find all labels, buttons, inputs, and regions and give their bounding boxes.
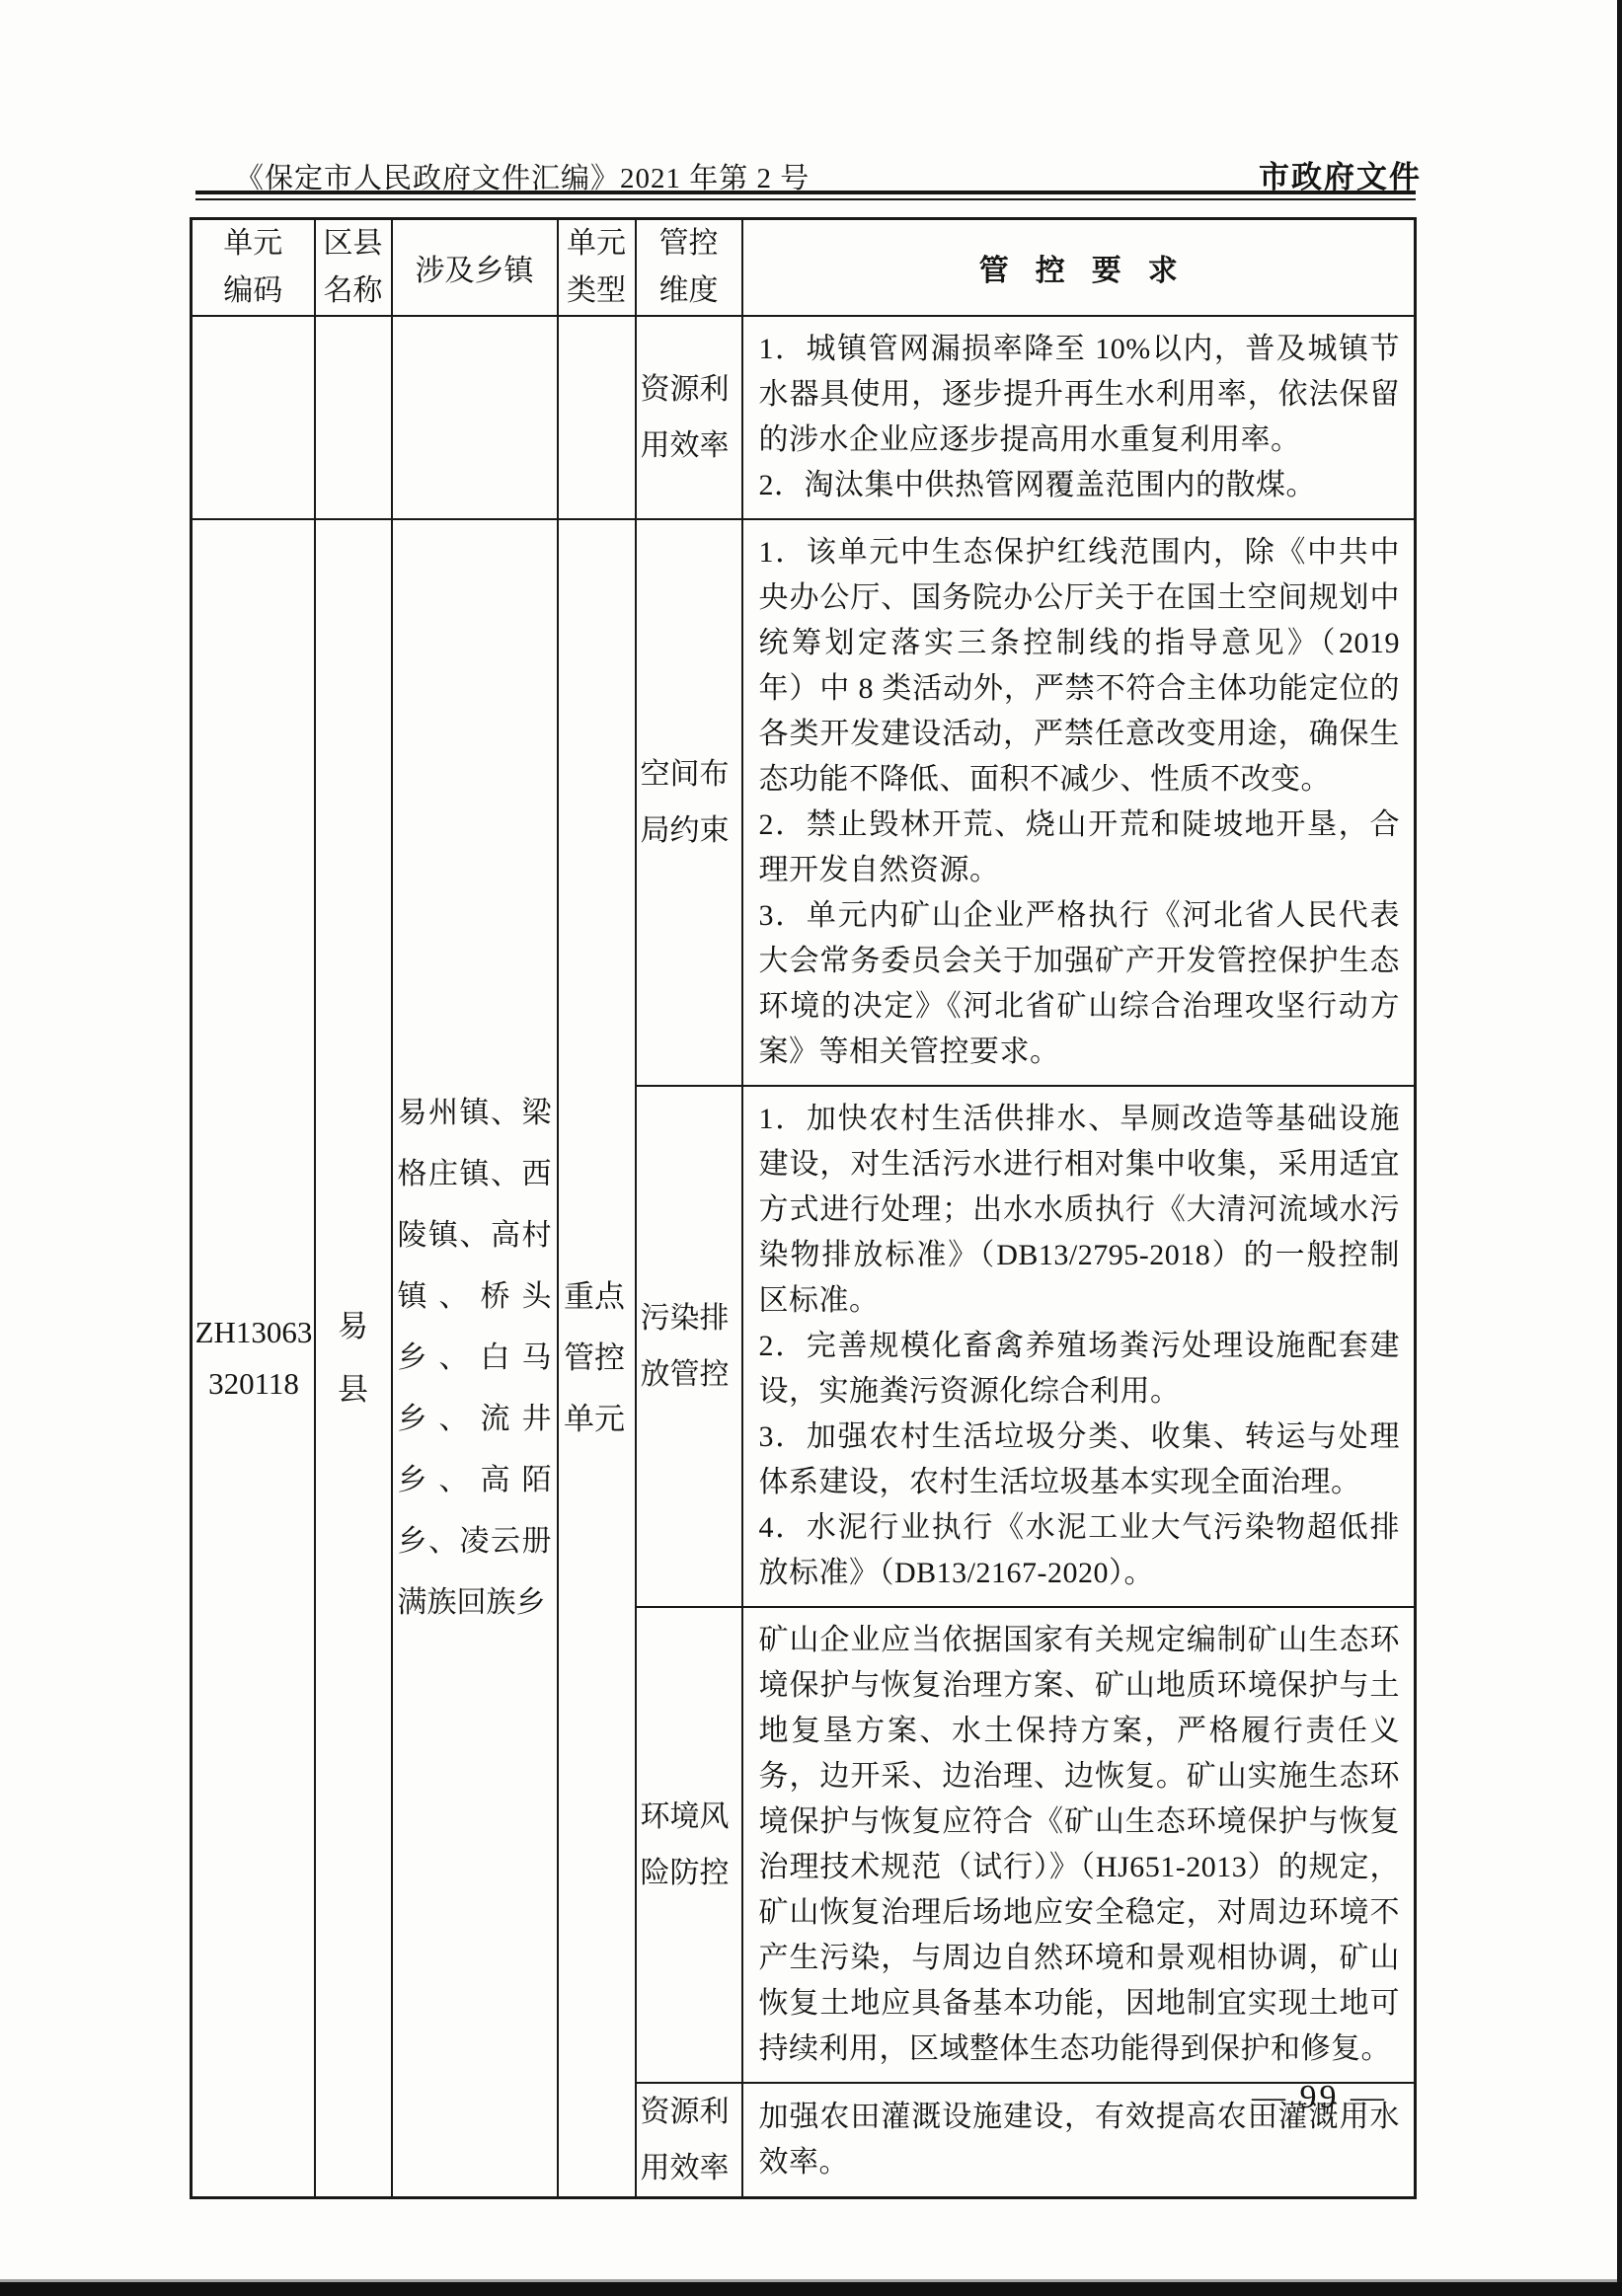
townships-cell-empty — [392, 316, 558, 519]
unit-group-row-spatial: ZH13063320118 易县 易州镇、梁格庄镇、西陵镇、高村镇、桥头乡、白马… — [192, 519, 1416, 1086]
requirement-item: 1．城镇管网漏损率降至 10%以内，普及城镇节水器具使用，逐步提升再生水利用率，… — [759, 327, 1401, 463]
dimension-cell: 环境风险防控 — [636, 1607, 742, 2083]
requirement-item: 1．加快农村生活供排水、旱厕改造等基础设施建设，对生活污水进行相对集中收集，采用… — [759, 1097, 1401, 1324]
control-requirements-table: 单元编码 区县名称 涉及乡镇 单元类型 管控维度 管控要求 资源利用效率 1．城… — [190, 217, 1417, 2199]
requirements-cell: 1．城镇管网漏损率降至 10%以内，普及城镇节水器具使用，逐步提升再生水利用率，… — [742, 316, 1416, 519]
continuation-row: 资源利用效率 1．城镇管网漏损率降至 10%以内，普及城镇节水器具使用，逐步提升… — [192, 316, 1416, 519]
scan-edge-bottom — [0, 2282, 1622, 2296]
dimension-cell: 资源利用效率 — [636, 316, 742, 519]
unit-type-cell: 重点管控单元 — [558, 519, 636, 2198]
header-rule — [195, 191, 1416, 200]
requirement-item: 2．淘汰集中供热管网覆盖范围内的散煤。 — [759, 463, 1401, 508]
requirement-item: 3．加强农村生活垃圾分类、收集、转运与处理体系建设，农村生活垃圾基本实现全面治理… — [759, 1415, 1401, 1505]
dimension-cell: 空间布局约束 — [636, 519, 742, 1086]
table-header-row: 单元编码 区县名称 涉及乡镇 单元类型 管控维度 管控要求 — [192, 219, 1416, 317]
requirement-item: 2．完善规模化畜禽养殖场粪污处理设施配套建设，实施粪污资源化综合利用。 — [759, 1324, 1401, 1415]
column-header-county: 区县名称 — [315, 219, 392, 317]
unit-code-cell: ZH13063320118 — [192, 519, 315, 2198]
requirement-item: 4．水泥行业执行《水泥工业大气污染物超低排放标准》（DB13/2167-2020… — [759, 1505, 1401, 1596]
column-header-townships: 涉及乡镇 — [392, 219, 558, 317]
requirement-item: 3．单元内矿山企业严格执行《河北省人民代表大会常务委员会关于加强矿产开发管控保护… — [759, 893, 1401, 1075]
county-cell: 易县 — [315, 519, 392, 2198]
requirement-item: 矿山企业应当依据国家有关规定编制矿山生态环境保护与恢复治理方案、矿山地质环境保护… — [759, 1618, 1401, 2072]
column-header-dimension: 管控维度 — [636, 219, 742, 317]
column-header-requirements: 管控要求 — [742, 219, 1416, 317]
unit-type-cell-empty — [558, 316, 636, 519]
unit-code-cell-empty — [192, 316, 315, 519]
scan-edge-right — [1617, 0, 1622, 2296]
column-header-unit-type: 单元类型 — [558, 219, 636, 317]
requirements-cell: 矿山企业应当依据国家有关规定编制矿山生态环境保护与恢复治理方案、矿山地质环境保护… — [742, 1607, 1416, 2083]
dimension-cell: 资源利用效率 — [636, 2083, 742, 2198]
county-cell-empty — [315, 316, 392, 519]
dimension-cell: 污染排放管控 — [636, 1086, 742, 1607]
column-header-unit-code: 单元编码 — [192, 219, 315, 317]
page-number: — 99 — — [1252, 2079, 1387, 2116]
requirement-item: 2．禁止毁林开荒、烧山开荒和陡坡地开垦，合理开发自然资源。 — [759, 803, 1401, 893]
townships-cell: 易州镇、梁格庄镇、西陵镇、高村镇、桥头乡、白马乡、流井乡、高陌乡、凌云册满族回族… — [392, 519, 558, 2198]
requirement-item: 1．该单元中生态保护红线范围内，除《中共中央办公厅、国务院办公厅关于在国土空间规… — [759, 530, 1401, 803]
requirements-cell: 1．该单元中生态保护红线范围内，除《中共中央办公厅、国务院办公厅关于在国土空间规… — [742, 519, 1416, 1086]
requirements-cell: 1．加快农村生活供排水、旱厕改造等基础设施建设，对生活污水进行相对集中收集，采用… — [742, 1086, 1416, 1607]
